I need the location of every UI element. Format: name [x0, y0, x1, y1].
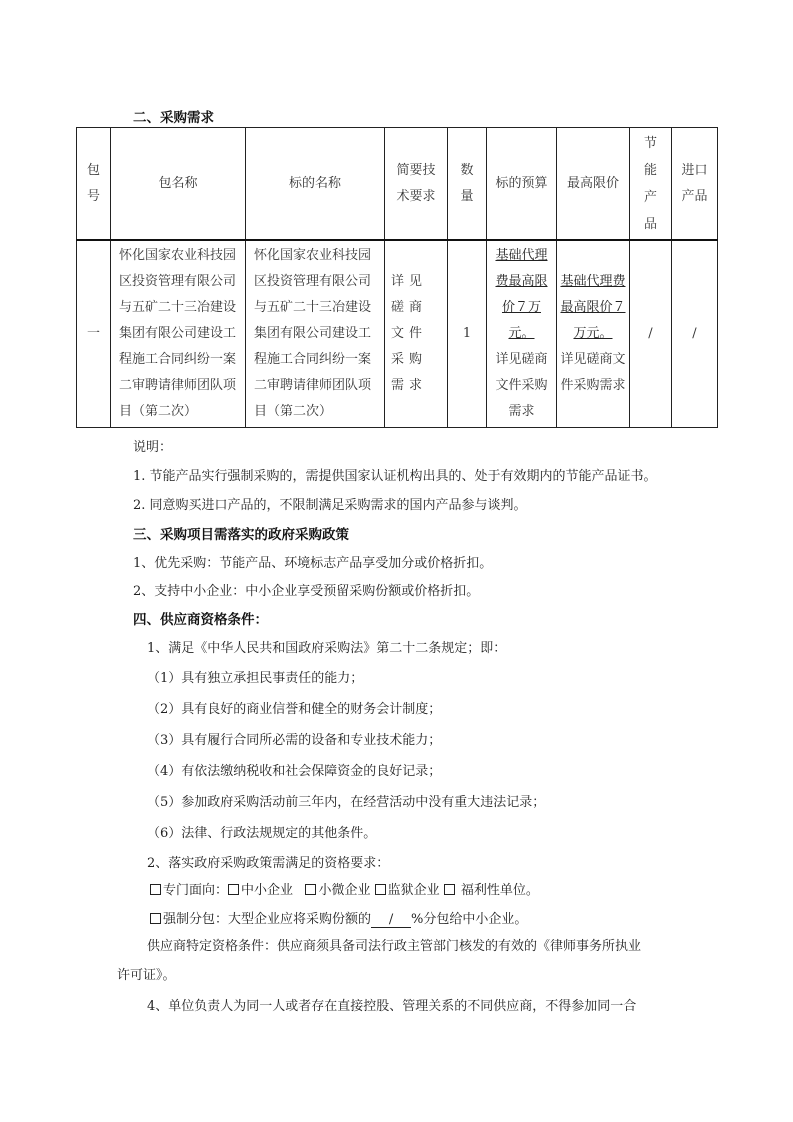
max-price-value: 基础代理费最高限价７万元。 — [560, 274, 625, 341]
qualification-item-4: 4、单位负责人为同一人或者存在直接控股、管理关系的不同供应商，不得参加同一合 — [147, 995, 636, 1014]
document-page: 二、采购需求 包号 包名称 标的名称 简要技术要求 数量 标的预算 最高限价 节… — [0, 0, 793, 1122]
cell-imported: / — [672, 240, 718, 428]
notes-label: 说明： — [133, 436, 172, 455]
note-item-1: 1. 节能产品实行强制采购的，需提供国家认证机构出具的、处于有效期内的节能产品证… — [133, 465, 657, 484]
header-pkg-no: 包号 — [77, 128, 111, 241]
option-welfare: 福利性单位。 — [461, 883, 539, 898]
cell-pkg-no: 一 — [77, 240, 111, 428]
cell-energy-saving: / — [630, 240, 672, 428]
section-title-procurement-requirements: 二、采购需求 — [133, 106, 214, 126]
checkbox-row-subcontract: 强制分包：大型企业应将采购份额的/%分包给中小企业。 — [150, 908, 527, 928]
qualification-sub-2: （2）具有良好的商业信誉和健全的财务会计制度； — [147, 698, 441, 717]
budget-value: 基础代理费最高限价７万元。 — [495, 248, 547, 341]
special-qualification-line-1: 供应商特定资格条件：供应商须具备司法行政主管部门核发的有效的《律师事务所执业 — [147, 935, 641, 954]
option-micro: 小微企业 — [318, 883, 370, 898]
qualification-sub-4: （4）有依法缴纳税收和社会保障资金的良好记录； — [147, 760, 441, 779]
section-title-supplier-qualifications: 四、供应商资格条件： — [133, 608, 268, 628]
section-title-procurement-policy: 三、采购项目需落实的政府采购政策 — [133, 523, 349, 543]
header-pkg-name: 包名称 — [111, 128, 246, 241]
max-price-note: 详见磋商文件采购需求 — [560, 352, 625, 393]
header-budget: 标的预算 — [487, 128, 557, 241]
requirements-table: 包号 包名称 标的名称 简要技术要求 数量 标的预算 最高限价 节能产品 进口产… — [76, 127, 718, 428]
special-qualification-line-2: 许可证》。 — [117, 964, 176, 983]
checkbox-sme[interactable] — [228, 884, 239, 895]
header-energy-saving: 节能产品 — [630, 128, 672, 241]
header-tech-req: 简要技术要求 — [385, 128, 448, 241]
policy-item-1: 1、优先采购：节能产品、环境标志产品享受加分或价格折扣。 — [133, 552, 492, 571]
option-sme: 中小企业 — [241, 883, 293, 898]
qualification-item-2: 2、落实政府采购政策需满足的资格要求： — [147, 852, 389, 871]
qualification-sub-5: （5）参加政府采购活动前三年内，在经营活动中没有重大违法记录； — [147, 791, 545, 810]
header-qty: 数量 — [448, 128, 487, 241]
checkbox-dedicated[interactable] — [150, 884, 161, 895]
header-item-name: 标的名称 — [246, 128, 385, 241]
qualification-sub-3: （3）具有履行合同所必需的设备和专业技术能力； — [147, 729, 441, 748]
subcontract-label: 强制分包：大型企业应将采购份额的 — [163, 912, 371, 927]
table-row: 一 怀化国家农业科技园区投资管理有限公司与五矿二十三冶建设集团有限公司建设工程施… — [77, 240, 718, 428]
qualification-sub-1: （1）具有独立承担民事责任的能力； — [147, 667, 363, 686]
policy-item-2: 2、支持中小企业：中小企业享受预留采购份额或价格折扣。 — [133, 580, 479, 599]
table-header-row: 包号 包名称 标的名称 简要技术要求 数量 标的预算 最高限价 节能产品 进口产… — [77, 128, 718, 241]
note-item-2: 2. 同意购买进口产品的，不限制满足采购需求的国内产品参与谈判。 — [133, 494, 527, 513]
header-imported: 进口产品 — [672, 128, 718, 241]
cell-item-name: 怀化国家农业科技园区投资管理有限公司与五矿二十三冶建设集团有限公司建设工程施工合… — [246, 240, 385, 428]
checkbox-prison[interactable] — [375, 884, 386, 895]
checkbox-row-dedicated: 专门面向：中小企业 小微企业 监狱企业 福利性单位。 — [150, 879, 539, 898]
header-max-price: 最高限价 — [557, 128, 630, 241]
cell-max-price: 基础代理费最高限价７万元。详见磋商文件采购需求 — [557, 240, 630, 428]
cell-tech-req: 详见磋商文件采购需求 — [385, 240, 448, 428]
budget-note: 详见磋商文件采购需求 — [495, 352, 547, 419]
cell-pkg-name: 怀化国家农业科技园区投资管理有限公司与五矿二十三冶建设集团有限公司建设工程施工合… — [111, 240, 246, 428]
option-prison: 监狱企业 — [388, 883, 440, 898]
checkbox-subcontract[interactable] — [150, 913, 161, 924]
subcontract-suffix: %分包给中小企业。 — [411, 912, 527, 927]
cell-qty: 1 — [448, 240, 487, 428]
qualification-item-1: 1、满足《中华人民共和国政府采购法》第二十二条规定；即： — [147, 637, 506, 656]
cell-budget: 基础代理费最高限价７万元。详见磋商文件采购需求 — [487, 240, 557, 428]
dedicated-label: 专门面向： — [163, 883, 228, 898]
checkbox-micro[interactable] — [305, 884, 316, 895]
qualification-sub-6: （6）法律、行政法规规定的其他条件。 — [147, 822, 376, 841]
checkbox-welfare[interactable] — [444, 884, 455, 895]
subcontract-percent-field[interactable]: / — [371, 912, 411, 928]
